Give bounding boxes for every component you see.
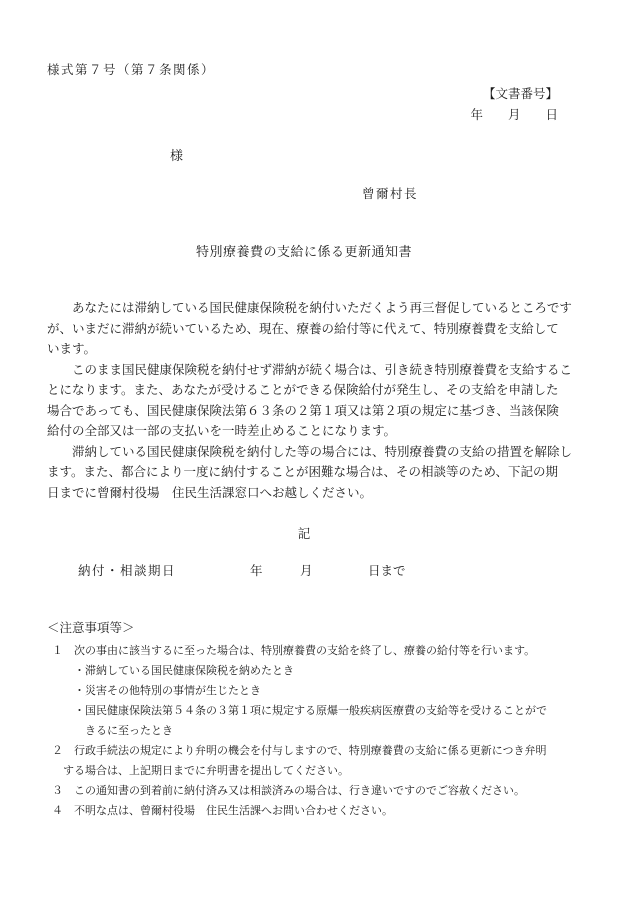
document-page: 様式第７号（第７条関係） 【文書番号】 年 月 日 様 曾爾村長 特別療養費の支… xyxy=(0,0,630,903)
text-line: ３ この通知書の到着前に納付済み又は相談済みの場合は、行き違いですのでご容赦くだ… xyxy=(52,781,582,801)
deadline-year-blank: 年 xyxy=(250,561,263,579)
text-line: が、いまだに滞納が続いているため、現在、療養の給付等に代えて、特別療養費を支給し… xyxy=(47,319,567,340)
text-line: ・滞納している国民健康保険税を納めたとき xyxy=(52,661,582,681)
text-line: 給付の全部又は一部の支払いを一時差止めることになります。 xyxy=(47,421,567,442)
text-line: 滞納している国民健康保険税を納付した等の場合には、特別療養費の支給の措置を解除し xyxy=(47,442,567,463)
ki-marker: 記 xyxy=(47,524,561,542)
body-text: あなたには滞納している国民健康保険税を納付いただくよう再三督促しているところです… xyxy=(47,298,567,503)
text-line: とになります。また、あなたが受けることができる保険給付が発生し、その支給を申請し… xyxy=(47,380,567,401)
notes-heading: ＜注意事項等＞ xyxy=(47,618,135,636)
text-line: １ 次の事由に該当するに至った場合は、特別療養費の支給を終了し、療養の給付等を行… xyxy=(52,641,582,661)
text-line: あなたには滞納している国民健康保険税を納付いただくよう再三督促しているところです xyxy=(47,298,567,319)
text-line: います。 xyxy=(47,339,567,360)
text-line: 場合であっても、国民健康保険法第６３条の２第１項又は第２項の規定に基づき、当該保… xyxy=(47,401,567,422)
text-line: ・国民健康保険法第５４条の３第１項に規定する原爆一般疾病医療費の支給等を受けるこ… xyxy=(52,701,582,721)
deadline-line: 納付・相談期日 年 月 日まで xyxy=(47,561,567,581)
doc-number-placeholder: 【文書番号】 xyxy=(483,84,558,102)
issue-date-line: 年 月 日 xyxy=(470,105,558,123)
text-line: ・災害その他特別の事情が生じたとき xyxy=(52,681,582,701)
notes-text: １ 次の事由に該当するに至った場合は、特別療養費の支給を終了し、療養の給付等を行… xyxy=(52,641,582,821)
deadline-label: 納付・相談期日 xyxy=(78,561,176,579)
document-title: 特別療養費の支給に係る更新通知書 xyxy=(47,241,561,260)
deadline-day-blank: 日まで xyxy=(368,561,406,579)
text-line: する場合は、上記期日までに弁明書を提出してください。 xyxy=(52,761,582,781)
form-number: 様式第７号（第７条関係） xyxy=(47,60,215,78)
text-line: このまま国民健康保険税を納付せず滞納が続く場合は、引き続き特別療養費を支給するこ xyxy=(47,360,567,381)
text-line: ます。また、都合により一度に納付することが困難な場合は、その相談等のため、下記の… xyxy=(47,462,567,483)
addressee-honorific: 様 xyxy=(170,145,183,164)
text-line: 日までに曾爾村役場 住民生活課窓口へお越しください。 xyxy=(47,483,567,504)
deadline-month-blank: 月 xyxy=(300,561,313,579)
text-line: ２ 行政手続法の規定により弁明の機会を付与しますので、特別療養費の支給に係る更新… xyxy=(52,741,582,761)
sender-name: 曾爾村長 xyxy=(362,184,418,202)
text-line: きるに至ったとき xyxy=(52,721,582,741)
text-line: ４ 不明な点は、曾爾村役場 住民生活課へお問い合わせください。 xyxy=(52,801,582,821)
